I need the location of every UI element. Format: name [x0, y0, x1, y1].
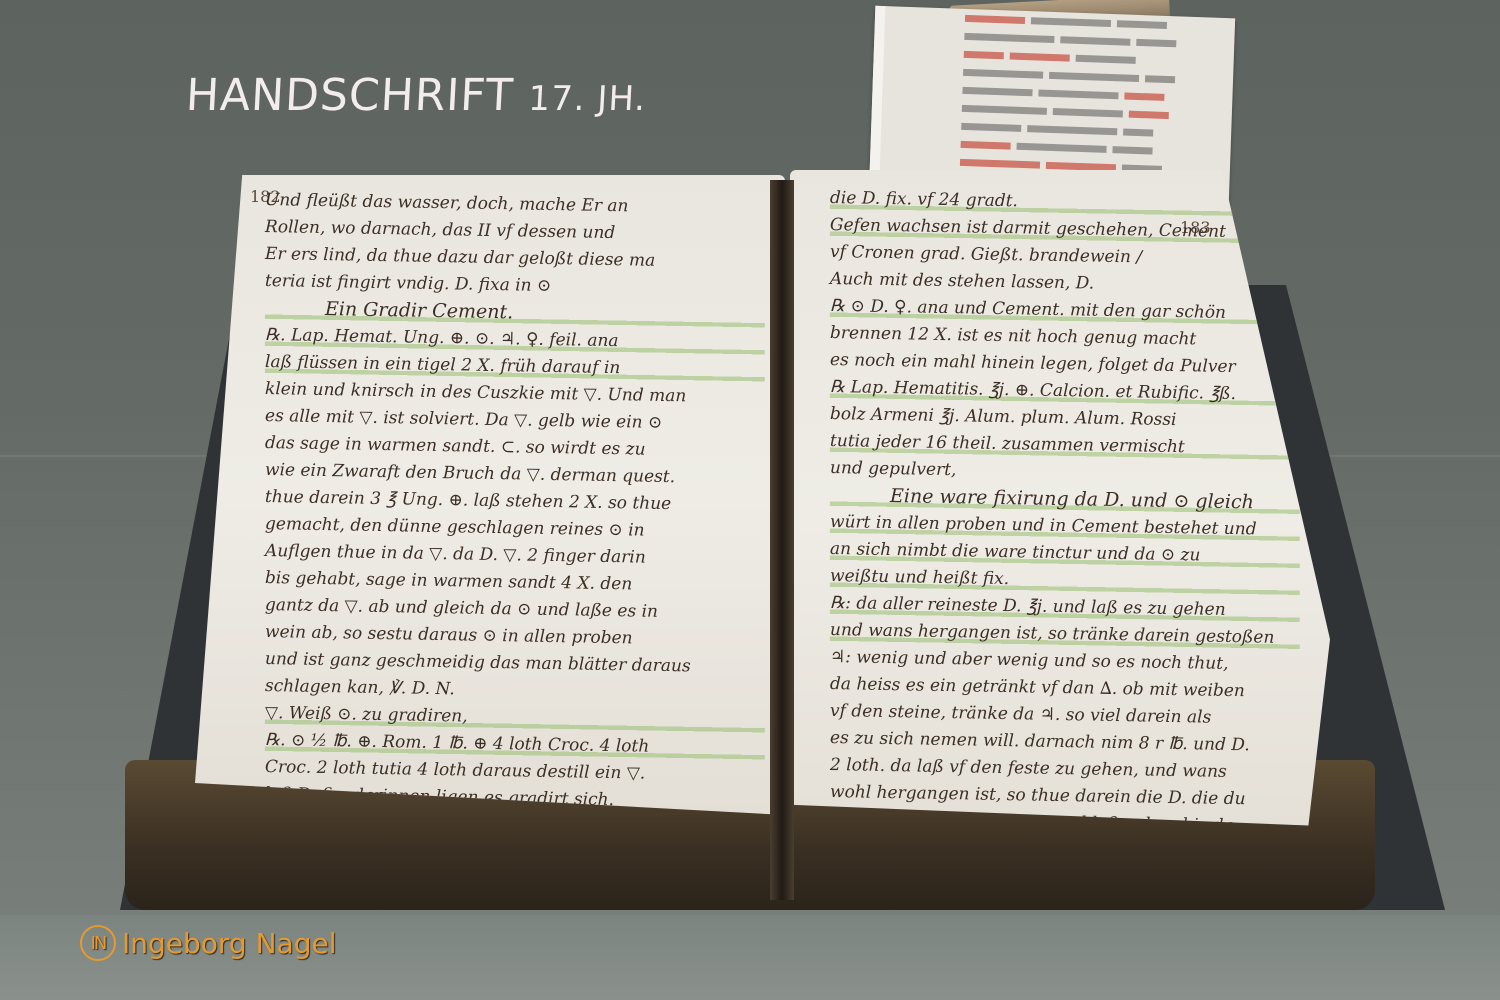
title-main: HANDSCHRIFT	[185, 70, 515, 121]
right-page: 183 die D. fix. vf 24 gradt.Gefen wachse…	[790, 170, 1330, 860]
title-suffix: 17. JH.	[527, 79, 647, 119]
left-page-text: Und fleüßt das wasser, doch, mache Er an…	[195, 175, 785, 815]
image-title: HANDSCHRIFT 17. JH.	[185, 70, 648, 121]
watermark-text: Ingeborg Nagel	[122, 927, 336, 960]
right-page-text: die D. fix. vf 24 gradt.Gefen wachsen is…	[790, 170, 1330, 860]
logo-icon: IN	[80, 925, 116, 961]
watermark: IN Ingeborg Nagel	[80, 925, 336, 961]
left-page: 182 Und fleüßt das wasser, doch, mache E…	[195, 175, 785, 815]
book-spine-gutter	[770, 180, 794, 900]
